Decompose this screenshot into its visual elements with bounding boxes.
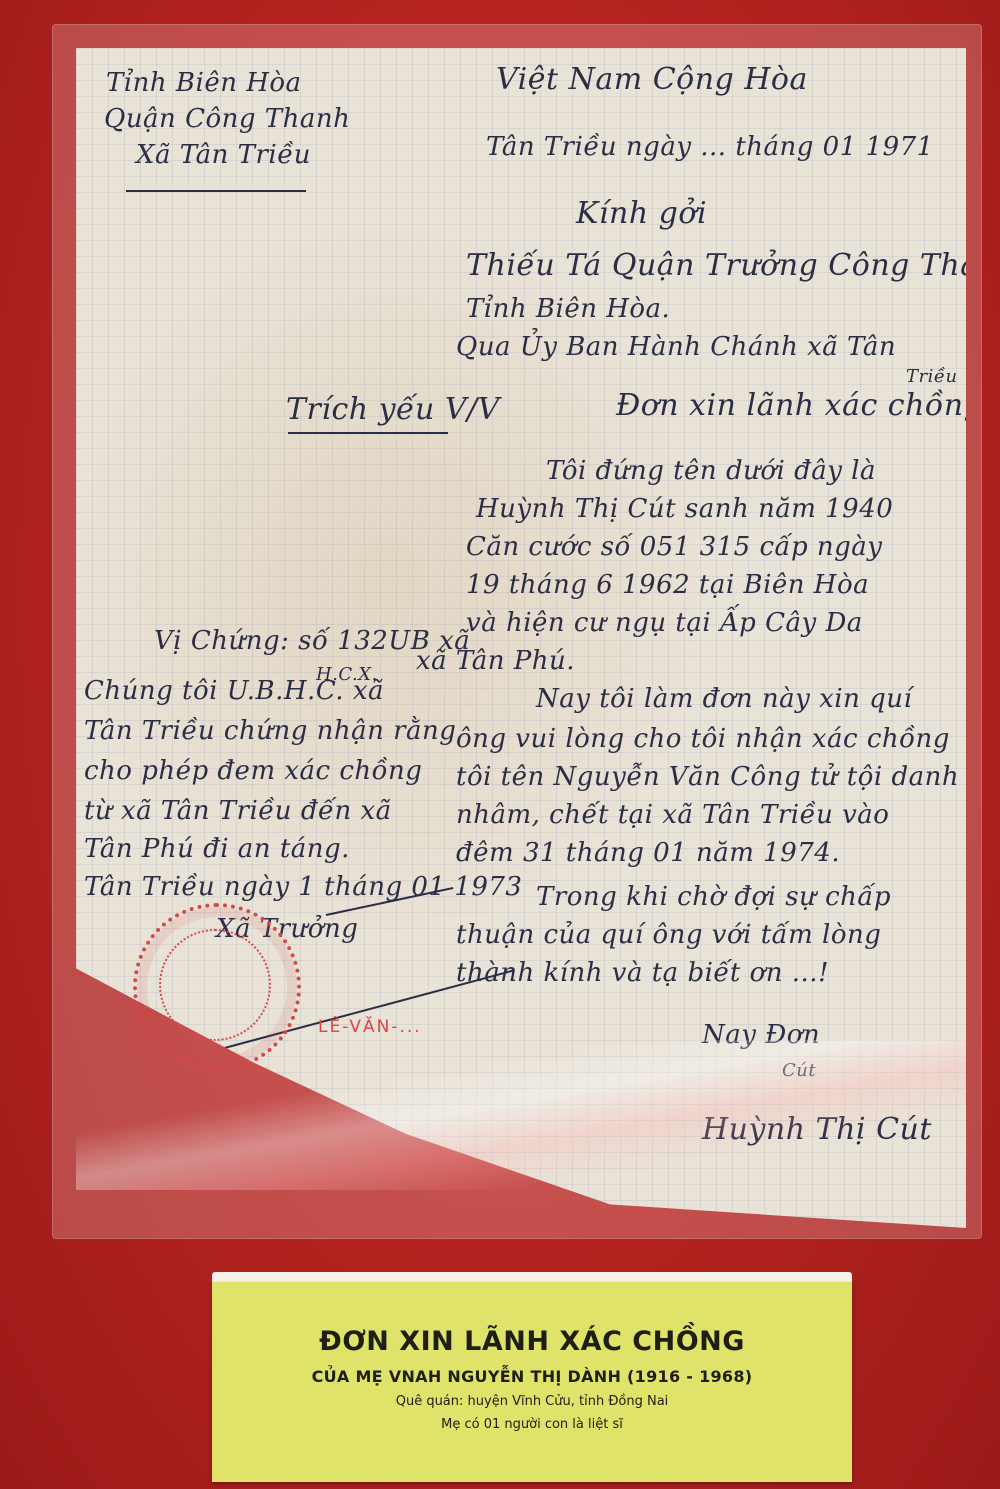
body-line: Huỳnh Thị Cút sanh năm 1940	[476, 494, 893, 524]
signoff-short-signature: Cút	[782, 1060, 816, 1081]
stamp-officer-name: LÊ-VĂN-...	[318, 1017, 422, 1037]
body-line: Trong khi chờ đợi sự chấp	[536, 882, 891, 912]
certification-line: Tân Phú đi an táng.	[84, 834, 350, 864]
seal-inner-ring	[159, 929, 271, 1041]
certification-line: Chúng tôi U.B.H.C. xã	[84, 676, 384, 706]
subject-underline	[288, 432, 448, 434]
certification-line: từ xã Tân Triều đến xã	[84, 796, 392, 826]
certification-line: Tân Triều chứng nhận rằng	[84, 716, 456, 746]
salutation: Kính gởi	[576, 196, 707, 231]
certification-line: Vị Chứng: số 132UB xã	[154, 626, 470, 656]
subject-label: Trích yếu V/V	[286, 392, 500, 427]
header-commune: Xã Tân Triều	[136, 140, 311, 170]
certification-line: cho phép đem xác chồng	[84, 756, 422, 786]
body-line: Căn cước số 051 315 cấp ngày	[466, 532, 882, 562]
body-line: ông vui lòng cho tôi nhận xác chồng	[456, 724, 950, 754]
official-seal-stamp	[133, 903, 301, 1071]
header-country: Việt Nam Cộng Hòa	[496, 62, 808, 97]
body-line: nhâm, chết tại xã Tân Triều vào	[456, 800, 889, 830]
recipient-line-2: Tỉnh Biên Hòa.	[466, 294, 670, 324]
header-underline	[126, 190, 306, 192]
header-place-date: Tân Triều ngày ... tháng 01 1971	[486, 132, 934, 162]
subject-text: Đơn xin lãnh xác chồng	[616, 388, 983, 423]
body-line: 19 tháng 6 1962 tại Biên Hòa	[466, 570, 869, 600]
caption-placard: ĐƠN XIN LÃNH XÁC CHỒNG CỦA MẸ VNAH NGUYỄ…	[212, 1282, 852, 1482]
body-line: và hiện cư ngụ tại Ấp Cây Da	[466, 608, 863, 638]
body-line: đêm 31 tháng 01 năm 1974.	[456, 838, 840, 868]
body-line: Tôi đứng tên dưới đây là	[546, 456, 876, 486]
recipient-line-4: Triều	[906, 366, 958, 387]
body-line: Nay tôi làm đơn này xin quí	[536, 684, 912, 714]
placard-subtitle: CỦA MẸ VNAH NGUYỄN THỊ DÀNH (1916 - 1968…	[212, 1367, 852, 1386]
header-province: Tỉnh Biên Hòa	[106, 68, 302, 98]
header-district: Quận Công Thanh	[104, 104, 350, 134]
recipient-line-3: Qua Ủy Ban Hành Chánh xã Tân	[456, 332, 896, 362]
recipient-line-1: Thiếu Tá Quận Trưởng Công Thanh	[466, 248, 1000, 283]
certification-line: Tân Triều ngày 1 tháng 01 1973	[84, 872, 522, 902]
placard-note: Mẹ có 01 người con là liệt sĩ	[212, 1417, 852, 1432]
placard-hometown: Quê quán: huyện Vĩnh Cửu, tỉnh Đồng Nai	[212, 1394, 852, 1409]
signoff-name: Huỳnh Thị Cút	[702, 1112, 932, 1147]
signoff-label: Nay Đơn	[702, 1020, 820, 1050]
body-line: tôi tên Nguyễn Văn Công tử tội danh	[456, 762, 959, 792]
placard-title: ĐƠN XIN LÃNH XÁC CHỒNG	[212, 1326, 852, 1357]
body-line: thuận của quí ông với tấm lòng	[456, 920, 881, 950]
body-line: thành kính và tạ biết ơn ...!	[456, 958, 829, 988]
